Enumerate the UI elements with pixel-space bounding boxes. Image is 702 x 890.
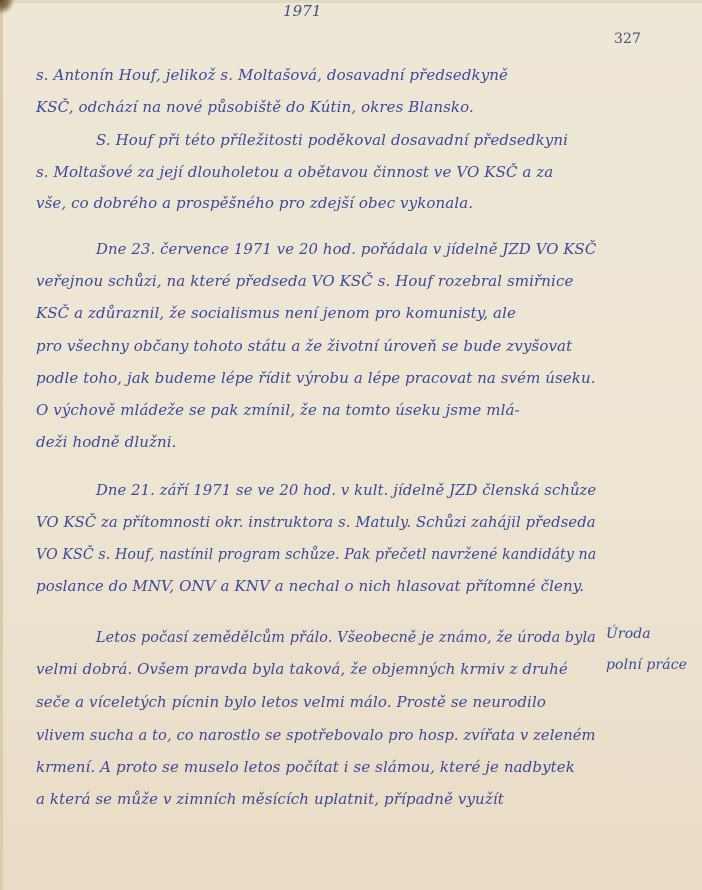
text-line: s. Antonín Houf, jelikož s. Moltašová, d… (36, 66, 508, 84)
text-line: pro všechny občany tohoto státu a že živ… (36, 337, 572, 355)
margin-note: Úroda (606, 626, 651, 642)
text-line: a která se může v zimních měsících uplat… (36, 790, 504, 808)
text-line: veřejnou schůzi, na které předseda VO KS… (36, 272, 573, 290)
text-line: Letos počasí zemědělcům přálo. Všeobecně… (96, 628, 596, 646)
text-line: O výchově mládeže se pak zmínil, že na t… (36, 401, 520, 419)
page-number: 327 (614, 31, 641, 47)
text-line: vše, co dobrého a prospěšného pro zdejší… (36, 194, 473, 212)
text-line: Dne 23. července 1971 ve 20 hod. pořádal… (96, 240, 596, 258)
margin-note: polní práce (606, 657, 687, 673)
text-line: Dne 21. září 1971 se ve 20 hod. v kult. … (96, 481, 596, 499)
text-line: seče a víceletých pícnin bylo letos velm… (36, 693, 546, 711)
text-line: VO KSČ za přítomnosti okr. instruktora s… (36, 513, 596, 531)
text-line: deži hodně dlužni. (36, 433, 177, 451)
text-line: KSČ a zdůraznil, že socialismus není jen… (36, 304, 516, 322)
text-line: vlivem sucha a to, co narostlo se spotře… (36, 726, 596, 744)
text-line: s. Moltašové za její dlouholetou a oběta… (36, 163, 553, 181)
text-line: podle toho, jak budeme lépe řídit výrobu… (36, 369, 596, 387)
text-line: velmi dobrá. Ovšem pravda byla taková, ž… (36, 660, 568, 678)
archive-page: 1971 327 s. Antonín Houf, jelikož s. Mol… (0, 0, 702, 890)
text-line: poslance do MNV, ONV a KNV a nechal o ni… (36, 577, 584, 595)
text-line: KSČ, odchází na nové působiště do Kútin,… (36, 98, 474, 116)
text-line: VO KSČ s. Houf, nastínil program schůze.… (36, 545, 596, 563)
header-year: 1971 (283, 2, 322, 20)
text-line: krmení. A proto se muselo letos počítat … (36, 758, 575, 776)
text-line: S. Houf při této příležitosti poděkoval … (96, 131, 568, 149)
